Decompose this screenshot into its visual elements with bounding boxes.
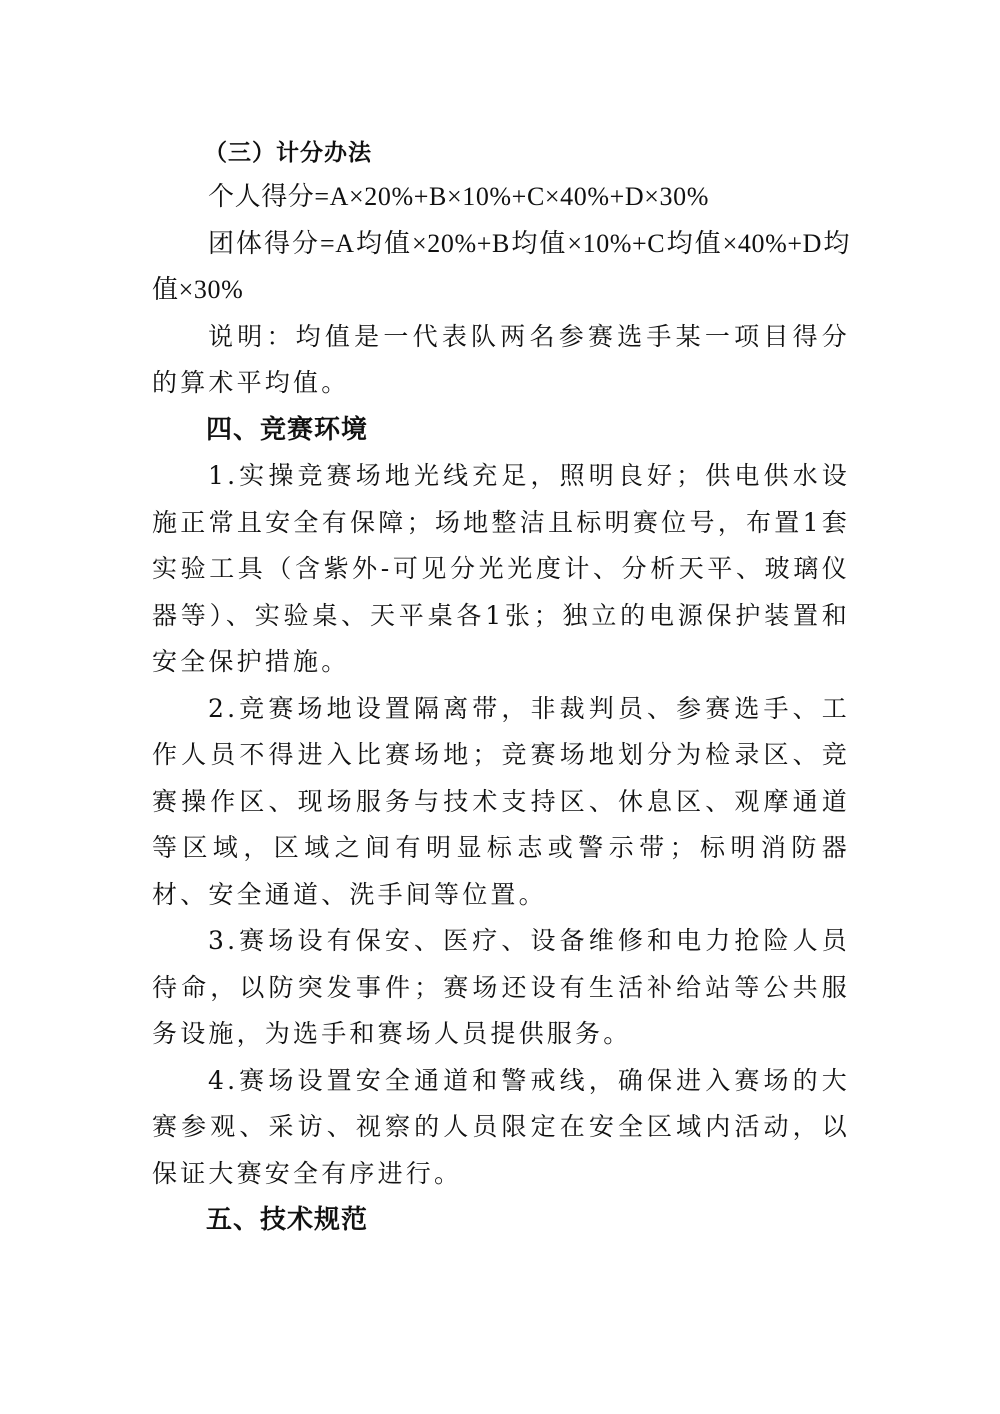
section-title-technical-specifications: 五、技术规范 bbox=[152, 1197, 850, 1244]
subsection-title-scoring-method: （三）计分办法 bbox=[152, 130, 850, 174]
environment-item-1: 1.实操竞赛场地光线充足，照明良好；供电供水设施正常且安全有保障；场地整洁且标明… bbox=[152, 453, 850, 686]
note-paragraph: 说明：均值是一代表队两名参赛选手某一项目得分的算术平均值。 bbox=[152, 314, 850, 407]
team-score-formula: 团体得分=A均值×20%+B均值×10%+C均值×40%+D均值×30% bbox=[152, 221, 850, 314]
individual-score-formula: 个人得分=A×20%+B×10%+C×40%+D×30% bbox=[152, 174, 850, 221]
environment-item-3: 3.赛场设有保安、医疗、设备维修和电力抢险人员待命，以防突发事件；赛场还设有生活… bbox=[152, 918, 850, 1058]
document-page: （三）计分办法 个人得分=A×20%+B×10%+C×40%+D×30% 团体得… bbox=[152, 130, 850, 1244]
environment-item-2: 2.竞赛场地设置隔离带，非裁判员、参赛选手、工作人员不得进入比赛场地；竞赛场地划… bbox=[152, 686, 850, 919]
section-title-competition-environment: 四、竞赛环境 bbox=[152, 407, 850, 454]
environment-item-4: 4.赛场设置安全通道和警戒线，确保进入赛场的大赛参观、采访、视察的人员限定在安全… bbox=[152, 1058, 850, 1198]
